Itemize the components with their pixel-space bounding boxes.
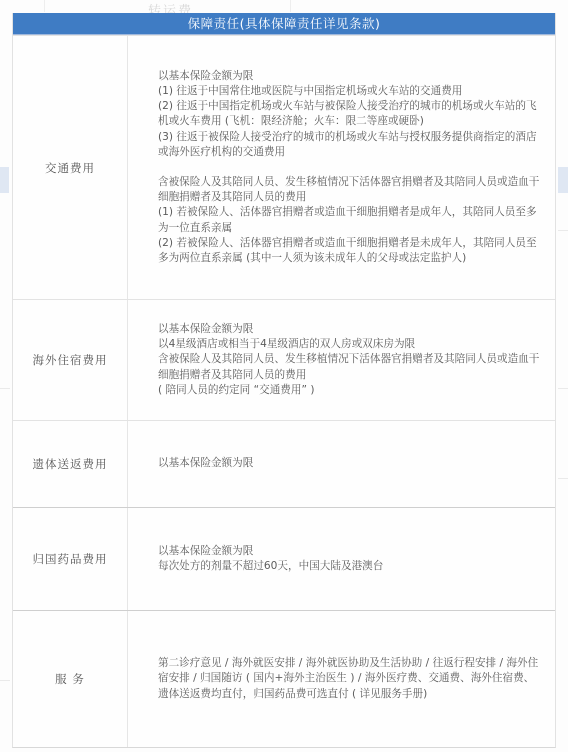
content-line: 以4星级酒店或相当于4星级酒店的双人房或双床房为限 [158, 337, 541, 352]
row-content: 以基本保险金额为限 每次处方的剂量不超过60天，中国大陆及港澳台 [128, 508, 555, 610]
row-label: 归国药品费用 [13, 508, 128, 610]
table-row-medication: 归国药品费用 以基本保险金额为限 每次处方的剂量不超过60天，中国大陆及港澳台 [13, 507, 555, 610]
background-divider [290, 0, 291, 12]
content-line: (2) 若被保险人、活体器官捐赠者或造血干细胞捐赠者是未成年人，其陪同人员至多为… [158, 236, 541, 266]
content-line: 以基本保险金额为限 [158, 456, 541, 471]
background-highlight-band [0, 167, 9, 193]
row-label: 交通费用 [13, 36, 128, 299]
table-row-services: 服 务 第二诊疗意见 / 海外就医安排 / 海外就医协助及生活协助 / 往返行程… [13, 610, 555, 747]
content-line: (1) 往返于中国常住地或医院与中国指定机场或火车站的交通费用 [158, 84, 541, 99]
content-line: 以基本保险金额为限 [158, 322, 541, 337]
background-divider [0, 680, 10, 681]
row-content: 第二诊疗意见 / 海外就医安排 / 海外就医协助及生活协助 / 往返行程安排 /… [128, 611, 555, 747]
content-line: 每次处方的剂量不超过60天，中国大陆及港澳台 [158, 559, 541, 574]
row-content: 以基本保险金额为限 以4星级酒店或相当于4星级酒店的双人房或双床房为限 含被保险… [128, 300, 555, 420]
background-divider [558, 478, 568, 479]
background-divider [44, 0, 45, 12]
background-divider [558, 388, 568, 389]
content-line: 以基本保险金额为限 [158, 544, 541, 559]
table-row-transport: 交通费用 以基本保险金额为限 (1) 往返于中国常住地或医院与中国指定机场或火车… [13, 35, 555, 299]
table-row-repatriation: 遗体送返费用 以基本保险金额为限 [13, 420, 555, 507]
content-line: 第二诊疗意见 / 海外就医安排 / 海外就医协助及生活协助 / 往返行程安排 /… [158, 656, 541, 702]
row-content: 以基本保险金额为限 [128, 421, 555, 507]
content-line: (1) 若被保险人、活体器官捐赠者或造血干细胞捐赠者是成年人，其陪同人员至多为一… [158, 205, 541, 235]
row-label: 服 务 [13, 611, 128, 747]
table-row-accommodation: 海外住宿费用 以基本保险金额为限 以4星级酒店或相当于4星级酒店的双人房或双床房… [13, 299, 555, 420]
page: 转运费 保障责任(具体保障责任详见条款) 交通费用 以基本保险金额为限 (1) … [0, 0, 568, 752]
table-title: 保障责任(具体保障责任详见条款) [13, 13, 555, 35]
paragraph-gap [158, 160, 541, 175]
coverage-table: 保障责任(具体保障责任详见条款) 交通费用 以基本保险金额为限 (1) 往返于中… [12, 13, 556, 748]
background-divider [558, 230, 568, 231]
content-line: 含被保险人及其陪同人员、发生移植情况下活体器官捐赠者及其陪同人员或造血干细胞捐赠… [158, 352, 541, 382]
row-content: 以基本保险金额为限 (1) 往返于中国常住地或医院与中国指定机场或火车站的交通费… [128, 36, 555, 299]
content-line: (3) 往返于被保险人接受治疗的城市的机场或火车站与授权服务提供商指定的酒店或海… [158, 130, 541, 160]
background-divider [0, 388, 10, 389]
row-label: 遗体送返费用 [13, 421, 128, 507]
background-highlight-band [558, 167, 568, 193]
content-line: ( 陪同人员的约定同 “交通费用” ) [158, 383, 541, 398]
content-line: 以基本保险金额为限 [158, 69, 541, 84]
content-line: 含被保险人及其陪同人员、发生移植情况下活体器官捐赠者及其陪同人员或造血干细胞捐赠… [158, 175, 541, 205]
content-line: (2) 往返于中国指定机场或火车站与被保险人接受治疗的城市的机场或火车站的飞机或… [158, 99, 541, 129]
row-label: 海外住宿费用 [13, 300, 128, 420]
